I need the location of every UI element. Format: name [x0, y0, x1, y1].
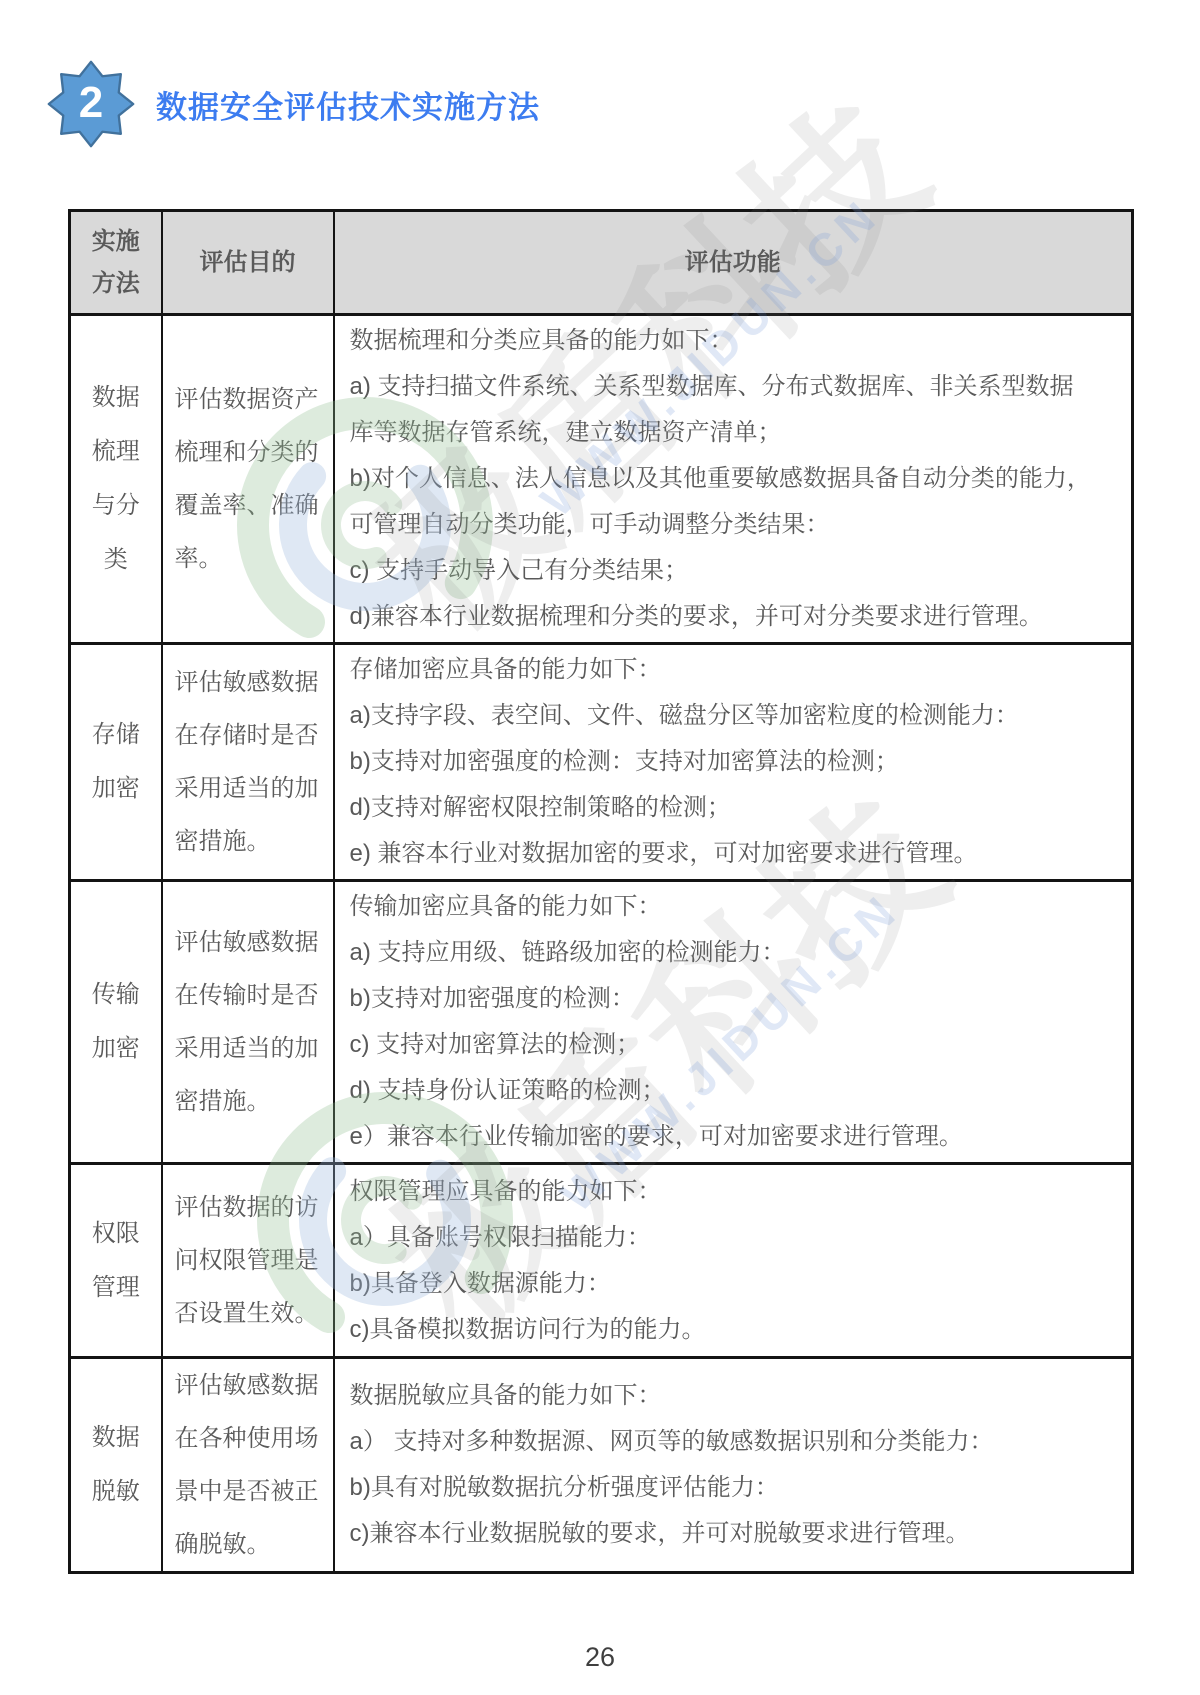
method-line: 脱敏	[81, 1465, 151, 1519]
purpose-line: 覆盖率、准确	[175, 479, 321, 532]
function-line: 数据脱敏应具备的能力如下：	[335, 1373, 1132, 1419]
purpose-cell: 评估敏感数据 在各种使用场 景中是否被正 确脱敏。	[162, 1358, 334, 1573]
purpose-line: 确脱敏。	[175, 1518, 321, 1571]
purpose-line: 在存储时是否	[175, 709, 321, 762]
functions-cell: 数据脱敏应具备的能力如下： a） 支持对多种数据源、网页等的敏感数据识别和分类能…	[334, 1358, 1133, 1573]
purpose-cell: 评估数据资产 梳理和分类的 覆盖率、准确 率。	[162, 315, 334, 644]
purpose-cell: 评估数据的访 问权限管理是 否设置生效。	[162, 1164, 334, 1358]
section-title: 数据安全评估技术实施方法	[156, 82, 540, 127]
purpose-cell: 评估敏感数据 在传输时是否 采用适当的加 密措施。	[162, 881, 334, 1164]
section-header: 2 数据安全评估技术实施方法	[46, 58, 540, 150]
purpose-line: 梳理和分类的	[175, 426, 321, 479]
method-cell: 存储 加密	[70, 644, 162, 881]
function-line: b)具有对脱敏数据抗分析强度评估能力：	[335, 1465, 1132, 1511]
purpose-line: 评估敏感数据	[175, 656, 321, 709]
method-line: 加密	[81, 1022, 151, 1076]
function-line: d)支持对解密权限控制策略的检测；	[335, 785, 1132, 831]
method-line: 加密	[81, 762, 151, 816]
functions-cell: 数据梳理和分类应具备的能力如下： a) 支持扫描文件系统、关系型数据库、分布式数…	[334, 315, 1133, 644]
function-line: b)支持对加密强度的检测：支持对加密算法的检测；	[335, 739, 1132, 785]
method-line: 梳理	[81, 425, 151, 479]
function-line: 存储加密应具备的能力如下：	[335, 647, 1132, 693]
purpose-line: 密措施。	[175, 815, 321, 868]
functions-cell: 传输加密应具备的能力如下： a) 支持应用级、链路级加密的检测能力： b)支持对…	[334, 881, 1133, 1164]
function-line: a) 支持应用级、链路级加密的检测能力：	[335, 930, 1132, 976]
page-number: 26	[0, 1642, 1200, 1673]
section-number-badge: 2	[46, 59, 136, 149]
table-row: 数据 脱敏 评估敏感数据 在各种使用场 景中是否被正 确脱敏。 数据脱敏应具备的…	[70, 1358, 1133, 1573]
function-line: 库等数据存管系统，建立数据资产清单；	[335, 410, 1132, 456]
function-line: c)具备模拟数据访问行为的能力。	[335, 1307, 1132, 1353]
function-line: c)兼容本行业数据脱敏的要求，并可对脱敏要求进行管理。	[335, 1511, 1132, 1557]
purpose-cell: 评估敏感数据 在存储时是否 采用适当的加 密措施。	[162, 644, 334, 881]
purpose-line: 采用适当的加	[175, 762, 321, 815]
purpose-line: 在各种使用场	[175, 1412, 321, 1465]
method-line: 权限	[81, 1207, 151, 1261]
method-line: 与分	[81, 479, 151, 533]
col-header-function: 评估功能	[334, 211, 1133, 315]
method-line: 数据	[81, 371, 151, 425]
functions-cell: 权限管理应具备的能力如下： a）具备账号权限扫描能力： b)具备登入数据源能力：…	[334, 1164, 1133, 1358]
method-cell: 数据 脱敏	[70, 1358, 162, 1573]
purpose-line: 否设置生效。	[175, 1287, 321, 1340]
purpose-line: 采用适当的加	[175, 1022, 321, 1075]
assessment-table: 实施方法 评估目的 评估功能 数据 梳理 与分 类 评估数据资产 梳理和分类的 …	[68, 209, 1134, 1574]
col-header-purpose: 评估目的	[162, 211, 334, 315]
method-cell: 传输 加密	[70, 881, 162, 1164]
col-header-method: 实施方法	[70, 211, 162, 315]
function-line: a) 支持扫描文件系统、关系型数据库、分布式数据库、非关系型数据	[335, 364, 1132, 410]
function-line: d)兼容本行业数据梳理和分类的要求，并可对分类要求进行管理。	[335, 594, 1132, 640]
function-line: 权限管理应具备的能力如下：	[335, 1169, 1132, 1215]
method-line: 传输	[81, 968, 151, 1022]
function-line: 传输加密应具备的能力如下：	[335, 884, 1132, 930]
purpose-line: 率。	[175, 532, 321, 585]
purpose-line: 密措施。	[175, 1075, 321, 1128]
function-line: a)支持字段、表空间、文件、磁盘分区等加密粒度的检测能力：	[335, 693, 1132, 739]
purpose-line: 评估数据的访	[175, 1181, 321, 1234]
function-line: d) 支持身份认证策略的检测；	[335, 1068, 1132, 1114]
function-line: e）兼容本行业传输加密的要求，可对加密要求进行管理。	[335, 1114, 1132, 1160]
method-line: 管理	[81, 1261, 151, 1315]
function-line: a）具备账号权限扫描能力：	[335, 1215, 1132, 1261]
function-line: 可管理自动分类功能，可手动调整分类结果：	[335, 502, 1132, 548]
function-line: b)具备登入数据源能力：	[335, 1261, 1132, 1307]
function-line: c) 支持对加密算法的检测；	[335, 1022, 1132, 1068]
purpose-line: 评估数据资产	[175, 373, 321, 426]
function-line: b)支持对加密强度的检测：	[335, 976, 1132, 1022]
purpose-line: 景中是否被正	[175, 1465, 321, 1518]
table-row: 传输 加密 评估敏感数据 在传输时是否 采用适当的加 密措施。 传输加密应具备的…	[70, 881, 1133, 1164]
method-line: 类	[81, 533, 151, 587]
function-line: e) 兼容本行业对数据加密的要求，可对加密要求进行管理。	[335, 831, 1132, 877]
function-line: 数据梳理和分类应具备的能力如下：	[335, 318, 1132, 364]
function-line: a） 支持对多种数据源、网页等的敏感数据识别和分类能力：	[335, 1419, 1132, 1465]
purpose-line: 在传输时是否	[175, 969, 321, 1022]
purpose-line: 问权限管理是	[175, 1234, 321, 1287]
table-row: 权限 管理 评估数据的访 问权限管理是 否设置生效。 权限管理应具备的能力如下：…	[70, 1164, 1133, 1358]
table-row: 数据 梳理 与分 类 评估数据资产 梳理和分类的 覆盖率、准确 率。 数据梳理和…	[70, 315, 1133, 644]
functions-cell: 存储加密应具备的能力如下： a)支持字段、表空间、文件、磁盘分区等加密粒度的检测…	[334, 644, 1133, 881]
function-line: c) 支持手动导入己有分类结果；	[335, 548, 1132, 594]
method-line: 数据	[81, 1411, 151, 1465]
method-cell: 权限 管理	[70, 1164, 162, 1358]
method-line: 存储	[81, 708, 151, 762]
table-header-row: 实施方法 评估目的 评估功能	[70, 211, 1133, 315]
purpose-line: 评估敏感数据	[175, 916, 321, 969]
purpose-line: 评估敏感数据	[175, 1359, 321, 1412]
section-number: 2	[46, 59, 136, 149]
function-line: b)对个人信息、法人信息以及其他重要敏感数据具备自动分类的能力，	[335, 456, 1132, 502]
method-cell: 数据 梳理 与分 类	[70, 315, 162, 644]
table-row: 存储 加密 评估敏感数据 在存储时是否 采用适当的加 密措施。 存储加密应具备的…	[70, 644, 1133, 881]
